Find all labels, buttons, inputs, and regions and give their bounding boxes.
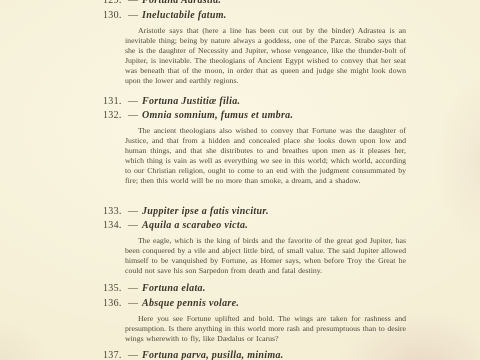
- entry-number: 132.: [103, 111, 128, 121]
- em-dash: —: [128, 299, 142, 309]
- entry-title: Ineluctabile fatum.: [142, 11, 227, 21]
- entry-heading-136: 136. — Absque pennis volare.: [103, 299, 239, 309]
- entry-heading-135: 135. — Fortuna elata.: [103, 284, 206, 294]
- entry-number: 137.: [103, 351, 128, 360]
- entry-number: 129.: [103, 0, 128, 6]
- entry-heading-134: 134. — Aquila a scarabeo victa.: [103, 221, 248, 231]
- entry-heading-129: 129. — Fortuna Adrastia.: [103, 0, 221, 6]
- entry-title: Fortuna elata.: [142, 284, 206, 294]
- entry-number: 135.: [103, 284, 128, 294]
- em-dash: —: [128, 0, 142, 6]
- entry-number: 136.: [103, 299, 128, 309]
- entry-number: 134.: [103, 221, 128, 231]
- em-dash: —: [128, 111, 142, 121]
- entry-commentary-134: The eagle, which is the king of birds an…: [125, 236, 406, 276]
- entry-heading-132: 132. — Omnia somnium, fumus et umbra.: [103, 111, 293, 121]
- entry-heading-130: 130. — Ineluctabile fatum.: [103, 11, 227, 21]
- em-dash: —: [128, 221, 142, 231]
- entry-heading-133: 133. — Juppiter ipse a fatis vincitur.: [103, 207, 269, 217]
- em-dash: —: [128, 284, 142, 294]
- em-dash: —: [128, 97, 142, 107]
- entry-number: 133.: [103, 207, 128, 217]
- entry-commentary-130: Aristotle says that (here a line has bee…: [125, 26, 406, 86]
- entry-title: Fortuna Justitiæ filia.: [142, 97, 240, 107]
- entry-title: Omnia somnium, fumus et umbra.: [142, 111, 293, 121]
- entry-title: Absque pennis volare.: [142, 299, 239, 309]
- entry-title: Fortuna parva, pusilla, minima.: [142, 351, 284, 360]
- entry-number: 130.: [103, 11, 128, 21]
- em-dash: —: [128, 351, 142, 360]
- scanned-book-page: 129. — Fortuna Adrastia. 130. — Inelucta…: [0, 0, 480, 360]
- entry-number: 131.: [103, 97, 128, 107]
- entry-title: Fortuna Adrastia.: [142, 0, 221, 6]
- entry-heading-131: 131. — Fortuna Justitiæ filia.: [103, 97, 240, 107]
- em-dash: —: [128, 11, 142, 21]
- em-dash: —: [128, 207, 142, 217]
- entry-heading-137: 137. — Fortuna parva, pusilla, minima.: [103, 351, 284, 360]
- entry-commentary-132: The ancient theologians also wished to c…: [125, 126, 406, 186]
- entry-commentary-136: Here you see Fortune uplifted and bold. …: [125, 314, 406, 344]
- entry-title: Aquila a scarabeo victa.: [142, 221, 248, 231]
- entry-title: Juppiter ipse a fatis vincitur.: [142, 207, 269, 217]
